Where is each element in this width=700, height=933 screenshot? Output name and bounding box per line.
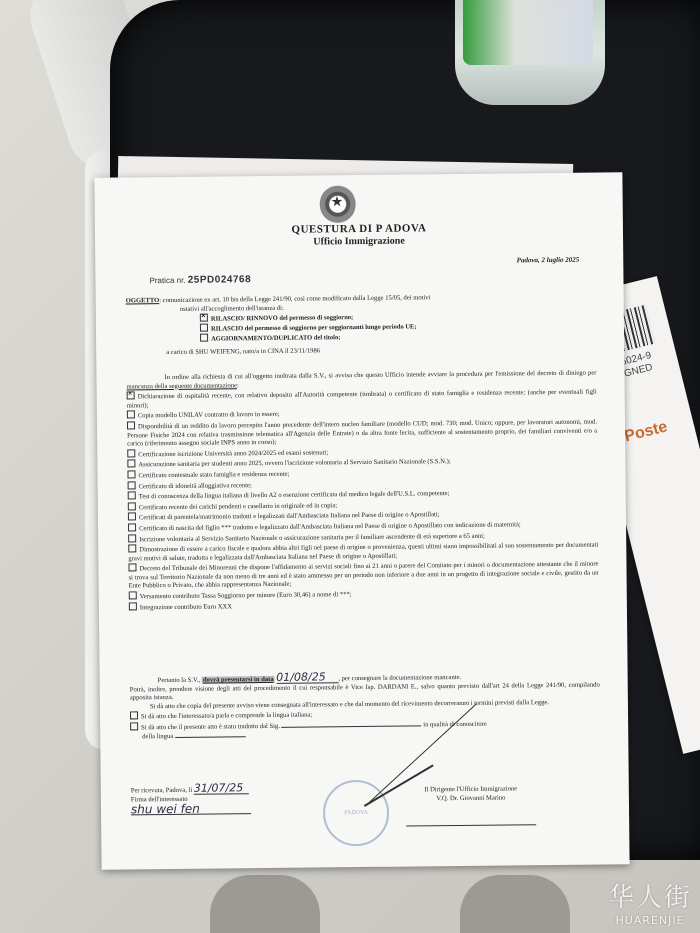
checkbox-icon [127,411,135,419]
appointment-date: 01/08/25 [276,673,338,683]
applicant-signature: shu wei fen [131,804,251,815]
checkbox-icon [129,602,137,610]
closing-section: Pertanto la S.V., dovrà presentarsi in d… [130,671,601,742]
checkbox-icon [128,564,136,572]
right-shoe [460,875,570,933]
document-page: ★ QUESTURA DI P ADOVA Ufficio Immigrazio… [94,172,629,869]
checkbox-icon [128,491,136,499]
receipt-block: Per ricevuta, Padova, li 31/07/25 Firma … [131,784,281,817]
bottle-label [463,0,593,65]
official-block: Il Dirigente l'Ufficio Immigrazione V.Q.… [396,785,546,830]
checkbox-icon [127,392,135,400]
checkbox-icon [128,513,136,521]
shoes [200,875,600,933]
checkbox-icon [200,334,208,342]
document-date: Padova, 2 luglio 2025 [517,256,580,265]
checkbox-icon [127,470,135,478]
left-shoe [210,875,320,933]
checkbox-icon [127,460,135,468]
checkbox-icon [128,534,136,542]
water-bottle [455,0,605,105]
requirements-section: In ordine alla richiesta di cui all'ogge… [126,370,598,613]
checkbox-icon [128,481,136,489]
watermark-logo: 华人街 HUARENJIE [608,877,692,927]
checkbox-icon [128,502,136,510]
checkbox-icon [200,324,208,332]
receipt-date: 31/07/25 [194,784,249,794]
pratica-number: Pratica nr. 25PD024768 [149,274,251,286]
checkbox-icon [128,544,136,552]
oggetto-section: OGGETTO: comunicazione ex art. 10 bis de… [126,293,597,359]
checkbox-icon [127,421,135,429]
italian-emblem-icon: ★ [319,185,355,223]
office-stamp: PADOVA [323,780,390,847]
checkbox-icon [200,314,208,322]
checkbox-icon [127,449,135,457]
envelope-brand: Poste [623,418,670,446]
checkbox-icon [128,523,136,531]
subject-person: a carico di SHU WEIFENG, nato/a in CINA … [166,345,596,358]
checkbox-icon [129,591,137,599]
